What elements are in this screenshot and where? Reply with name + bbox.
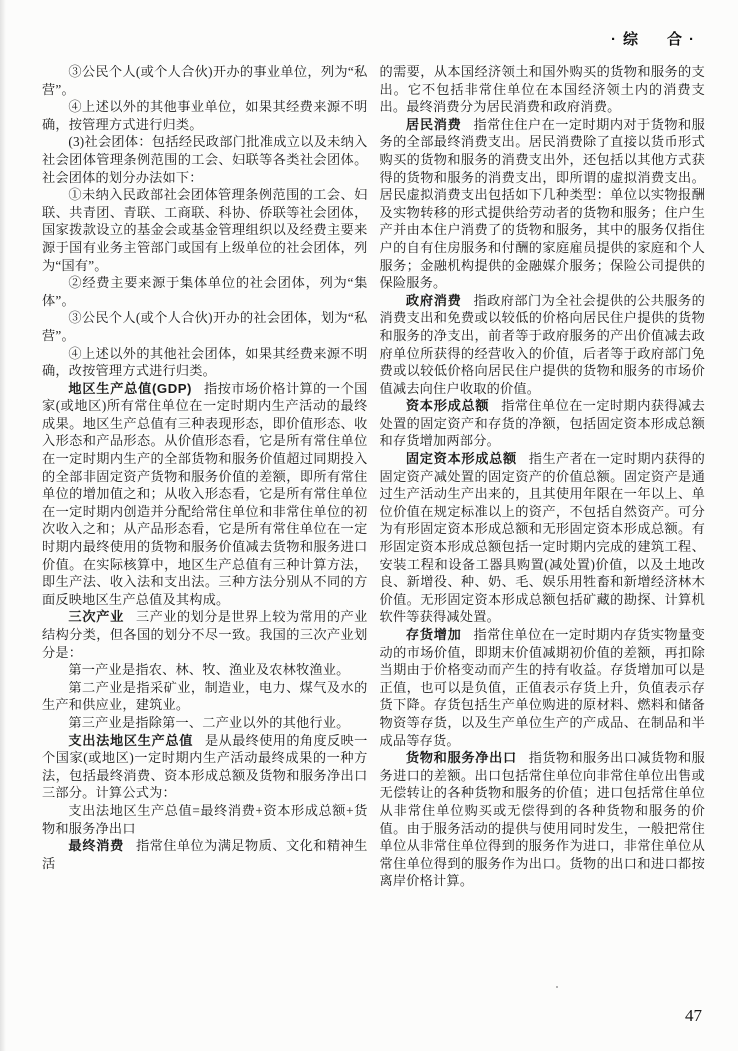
paragraph: 第三产业是指除第一、二产业以外的其他行业。 [42, 714, 368, 732]
glossary-entry: 支出法地区生产总值是从最终使用的角度反映一个国家(或地区)一定时期内生产活动最终… [42, 732, 368, 802]
paragraph: ④上述以外的其他社会团体，如果其经费来源不明确，改按管理方式进行归类。 [42, 345, 368, 380]
paragraph: 第二产业是指采矿业，制造业，电力、煤气及水的生产和供应业，建筑业。 [42, 679, 368, 714]
entry-term: 地区生产总值(GDP) [68, 381, 192, 396]
section-header: ·综 合· [42, 28, 705, 48]
paragraph: ①未纳入民政部社会团体管理条例范围的工会、妇联、共青团、青联、工商联、科协、侨联… [42, 186, 368, 274]
two-column-text-body: ③公民个人(或个人合伙)开办的事业单位，列为“私营”。④上述以外的其他事业单位，… [42, 63, 705, 890]
entry-term: 货物和服务净出口 [406, 750, 517, 765]
page-number: 47 [685, 1006, 702, 1026]
scan-speck [556, 986, 558, 988]
entry-term: 固定资本形成总额 [406, 451, 517, 466]
paragraph: 的需要，从本国经济领土和国外购买的货物和服务的支出。它不包括非常住单位在本国经济… [380, 63, 706, 116]
left-column: ③公民个人(或个人合伙)开办的事业单位，列为“私营”。④上述以外的其他事业单位，… [42, 63, 368, 890]
glossary-entry: 地区生产总值(GDP)指按市场价格计算的一个国家(或地区)所有常住单位在一定时期… [42, 380, 368, 609]
glossary-entry: 货物和服务净出口指货物和服务出口减货物和服务进口的差额。出口包括常住单位向非常住… [380, 749, 706, 890]
glossary-entry: 最终消费指常住单位为满足物质、文化和精神生活 [42, 837, 368, 872]
document-page: ·综 合· ③公民个人(或个人合伙)开办的事业单位，列为“私营”。④上述以外的其… [0, 0, 738, 1051]
right-column: 的需要，从本国经济领土和国外购买的货物和服务的支出。它不包括非常住单位在本国经济… [380, 63, 706, 890]
paragraph: ②经费主要来源于集体单位的社会团体，列为“集体”。 [42, 274, 368, 309]
glossary-entry: 资本形成总额指常住单位在一定时期内获得减去处置的固定资产和存货的净额，包括固定资… [380, 397, 706, 450]
entry-term: 三次产业 [68, 609, 124, 624]
paragraph: ③公民个人(或个人合伙)开办的事业单位，列为“私营”。 [42, 63, 368, 98]
paragraph: ③公民个人(或个人合伙)开办的社会团体，划为“私营”。 [42, 309, 368, 344]
glossary-entry: 居民消费指常住住户在一定时期内对于货物和服务的全部最终消费支出。居民消费除了直接… [380, 116, 706, 292]
paragraph: 支出法地区生产总值=最终消费+资本形成总额+货物和服务净出口 [42, 802, 368, 837]
paragraph: (3)社会团体：包括经民政部门批准成立以及未纳入社会团体管理条例范围的工会、妇联… [42, 133, 368, 186]
entry-term: 政府消费 [406, 293, 462, 308]
glossary-entry: 三次产业三产业的划分是世界上较为常用的产业结构分类，但各国的划分不尽一致。我国的… [42, 608, 368, 661]
paragraph: 第一产业是指农、林、牧、渔业及农林牧渔业。 [42, 661, 368, 679]
entry-term: 存货增加 [406, 627, 462, 642]
entry-term: 资本形成总额 [406, 398, 489, 413]
glossary-entry: 固定资本形成总额指生产者在一定时期内获得的固定资产减处置的固定资产的价值总额。固… [380, 450, 706, 626]
entry-term: 最终消费 [68, 838, 124, 853]
glossary-entry: 存货增加指常住单位在一定时期内存货实物量变动的市场价值，即期末价值减期初价值的差… [380, 626, 706, 749]
entry-term: 居民消费 [406, 117, 462, 132]
paragraph: ④上述以外的其他事业单位，如果其经费来源不明确，按管理方式进行归类。 [42, 98, 368, 133]
entry-term: 支出法地区生产总值 [68, 733, 193, 748]
glossary-entry: 政府消费指政府部门为全社会提供的公共服务的消费支出和免费或以较低的价格向居民住户… [380, 292, 706, 398]
